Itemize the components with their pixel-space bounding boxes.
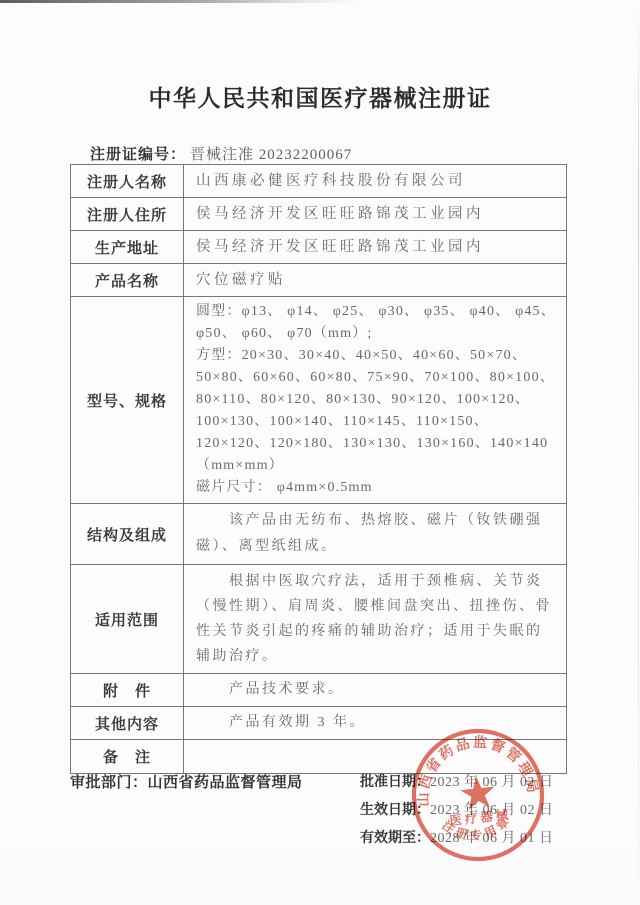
table-row: 注册人名称山西康必健医疗科技股份有限公司 — [71, 165, 567, 198]
row-value: 山西康必健医疗科技股份有限公司 — [184, 165, 567, 198]
row-value-paragraph: 山西康必健医疗科技股份有限公司 — [196, 170, 556, 192]
date-value: 2028 年 06 月 01 日 — [430, 831, 554, 846]
row-label: 注册人住所 — [71, 198, 184, 231]
row-label: 注册人名称 — [71, 165, 184, 198]
row-value: 该产品由无纺布、热熔胶、磁片（钕铁硼强磁）、离型纸组成。 — [184, 504, 567, 565]
row-value: 产品技术要求。 — [184, 674, 567, 707]
row-value-paragraph: 该产品由无纺布、热熔胶、磁片（钕铁硼强磁）、离型纸组成。 — [196, 508, 556, 560]
certificate-title: 中华人民共和国医疗器械注册证 — [0, 80, 640, 113]
row-value-paragraph: 产品技术要求。 — [196, 679, 556, 701]
row-label: 适用范围 — [71, 565, 184, 674]
table-row: 注册人住所侯马经济开发区旺旺路锦茂工业园内 — [71, 198, 567, 231]
date-value: 2023 年 06 月 02 日 — [430, 803, 554, 818]
row-value: 产品有效期 3 年。 — [184, 707, 567, 740]
date-value: 2023 年 06 月 02 日 — [430, 775, 554, 790]
row-label: 结构及组成 — [71, 504, 184, 565]
row-value: 侯马经济开发区旺旺路锦茂工业园内 — [184, 198, 567, 231]
row-value-paragraph: 产品有效期 3 年。 — [196, 712, 556, 734]
date-line: 批准日期：2023 年 06 月 02 日 — [360, 768, 570, 796]
row-value-paragraph: 侯马经济开发区旺旺路锦茂工业园内 — [196, 236, 556, 258]
date-label: 生效日期： — [360, 801, 430, 817]
table-row: 结构及组成 该产品由无纺布、热熔胶、磁片（钕铁硼强磁）、离型纸组成。 — [71, 504, 567, 565]
row-value-paragraph: 根据中医取穴疗法，适用于颈椎病、关节炎（慢性期）、肩周炎、腰椎间盘突出、扭挫伤、… — [196, 569, 556, 669]
table-row: 产品名称穴位磁疗贴 — [71, 264, 567, 297]
row-value: 根据中医取穴疗法，适用于颈椎病、关节炎（慢性期）、肩周炎、腰椎间盘突出、扭挫伤、… — [184, 565, 567, 674]
row-label: 附 件 — [71, 674, 184, 707]
table-row: 型号、规格圆型：φ13、 φ14、 φ25、 φ30、 φ35、 φ40、 φ4… — [71, 297, 567, 504]
certificate-page: 中华人民共和国医疗器械注册证 注册证编号：晋械注准 20232200067 注册… — [0, 0, 640, 905]
dates-block: 批准日期：2023 年 06 月 02 日生效日期：2023 年 06 月 02… — [360, 768, 570, 852]
row-label: 生产地址 — [71, 231, 184, 264]
scan-top-edge-artifact — [0, 0, 360, 3]
table-row: 附 件 产品技术要求。 — [71, 674, 567, 707]
approval-department-line: 审批部门：山西省药品监督管理局 — [70, 768, 303, 792]
row-value-paragraph: 侯马经济开发区旺旺路锦茂工业园内 — [196, 203, 556, 225]
date-label: 有效期至： — [360, 829, 430, 845]
table-row: 适用范围 根据中医取穴疗法，适用于颈椎病、关节炎（慢性期）、肩周炎、腰椎间盘突出… — [71, 565, 567, 674]
certificate-table: 注册人名称山西康必健医疗科技股份有限公司注册人住所侯马经济开发区旺旺路锦茂工业园… — [70, 164, 567, 774]
certificate-footer: 审批部门：山西省药品监督管理局 批准日期：2023 年 06 月 02 日生效日… — [70, 768, 570, 852]
scan-right-edge-artifact — [638, 0, 639, 905]
row-value-paragraph: 磁片尺寸： φ4mm×0.5mm — [196, 477, 556, 499]
row-value-paragraph: 穴位磁疗贴 — [196, 269, 556, 291]
row-value: 圆型：φ13、 φ14、 φ25、 φ30、 φ35、 φ40、 φ45、 φ5… — [184, 297, 567, 504]
row-value-paragraph: 圆型：φ13、 φ14、 φ25、 φ30、 φ35、 φ40、 φ45、 φ5… — [196, 301, 556, 345]
registration-number-value: 晋械注准 20232200067 — [190, 147, 352, 163]
approval-department-value: 山西省药品监督管理局 — [148, 774, 303, 791]
registration-number-label: 注册证编号： — [90, 146, 186, 163]
date-label: 批准日期： — [360, 773, 430, 789]
row-value: 穴位磁疗贴 — [184, 264, 567, 297]
table-row: 生产地址侯马经济开发区旺旺路锦茂工业园内 — [71, 231, 567, 264]
row-value-paragraph: 方型：20×30、30×40、40×50、40×60、50×70、50×80、6… — [196, 345, 556, 477]
date-line: 有效期至：2028 年 06 月 01 日 — [360, 824, 570, 852]
row-value: 侯马经济开发区旺旺路锦茂工业园内 — [184, 231, 567, 264]
row-label: 其他内容 — [71, 707, 184, 740]
approval-department-label: 审批部门： — [70, 774, 148, 791]
date-line: 生效日期：2023 年 06 月 02 日 — [360, 796, 570, 824]
row-label: 产品名称 — [71, 264, 184, 297]
table-row: 其他内容 产品有效期 3 年。 — [71, 707, 567, 740]
registration-number-line: 注册证编号：晋械注准 20232200067 — [90, 143, 640, 164]
row-label: 型号、规格 — [71, 297, 184, 504]
